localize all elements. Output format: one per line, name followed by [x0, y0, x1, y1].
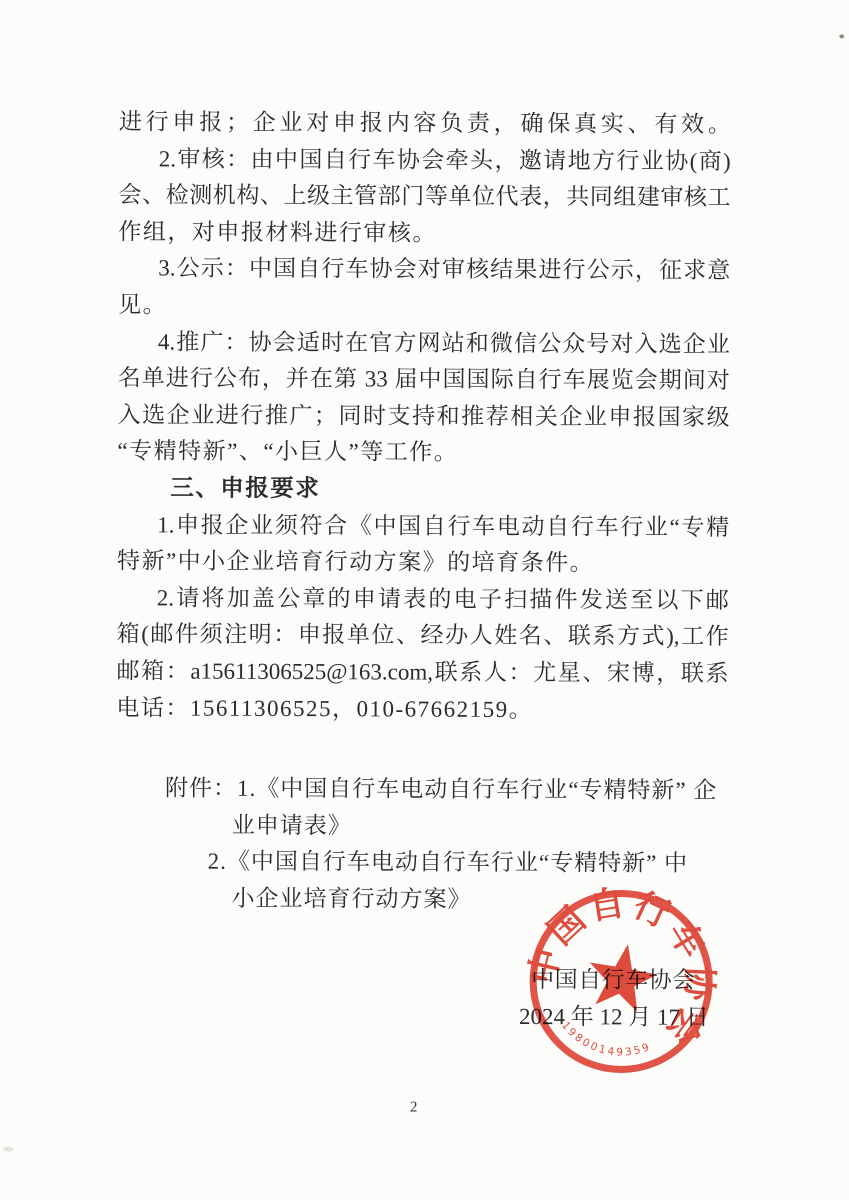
text-line: 1.申报企业须符合《中国自行车电动自行车行业“专精 [117, 507, 729, 546]
star-icon [583, 938, 662, 1014]
line-spacer [116, 726, 728, 773]
text-line: 业申请表》 [116, 807, 728, 846]
page-number: 2 [394, 1099, 434, 1116]
text-line: 名单进行公布，并在第 33 届中国国际自行车展览会期间对 [118, 360, 730, 399]
text-line: 2.《中国自行车电动自行车行业“专精特新” 中 [116, 844, 728, 883]
text-line: 作组，对申报材料进行审核。 [118, 214, 730, 253]
page-content: 进行申报；企业对申报内容负责，确保真实、有效。2.审核：由中国自行车协会牵头，邀… [0, 0, 849, 1200]
text-line: 会、检测机构、上级主管部门等单位代表，共同组建审核工 [119, 177, 731, 216]
text-line: 特新”中小企业培育行动方案》的培育条件。 [117, 543, 729, 582]
scan-speck [3, 1147, 13, 1152]
text-line: 2.审核：由中国自行车协会牵头，邀请地方行业协(商) [119, 141, 731, 180]
text-line: 电话：15611306525，010-67662159。 [116, 690, 728, 729]
text-line: 2.请将加盖公章的申请表的电子扫描件发送至以下邮 [117, 580, 729, 619]
text-line: 三、申报要求 [117, 470, 729, 509]
text-line: 附件：1.《中国自行车电动自行车行业“专精特新” 企 [116, 770, 728, 809]
text-line: “专精特新”、“小巨人”等工作。 [117, 434, 729, 473]
text-line: 3.公示：中国自行车协会对审核结果进行公示，征求意 [118, 251, 730, 290]
text-line: 入选企业进行推广；同时支持和推荐相关企业申报国家级 [118, 397, 730, 436]
text-line: 箱(邮件须注明：申报单位、经办人姓名、联系方式),工作 [117, 617, 729, 656]
scan-speck [839, 34, 844, 38]
text-line: 4.推广：协会适时在官方网站和微信公众号对入选企业 [118, 324, 730, 363]
official-seal-stamp: 中国自行车协会 19800149359 [521, 881, 722, 1082]
scanned-page: 进行申报；企业对申报内容负责，确保真实、有效。2.审核：由中国自行车协会牵头，邀… [0, 0, 849, 1200]
text-line: 邮箱：a15611306525@163.com,联系人：尤星、宋博，联系 [116, 653, 728, 692]
text-line: 进行申报；企业对申报内容负责，确保真实、有效。 [119, 104, 731, 143]
text-line: 见。 [118, 287, 730, 326]
